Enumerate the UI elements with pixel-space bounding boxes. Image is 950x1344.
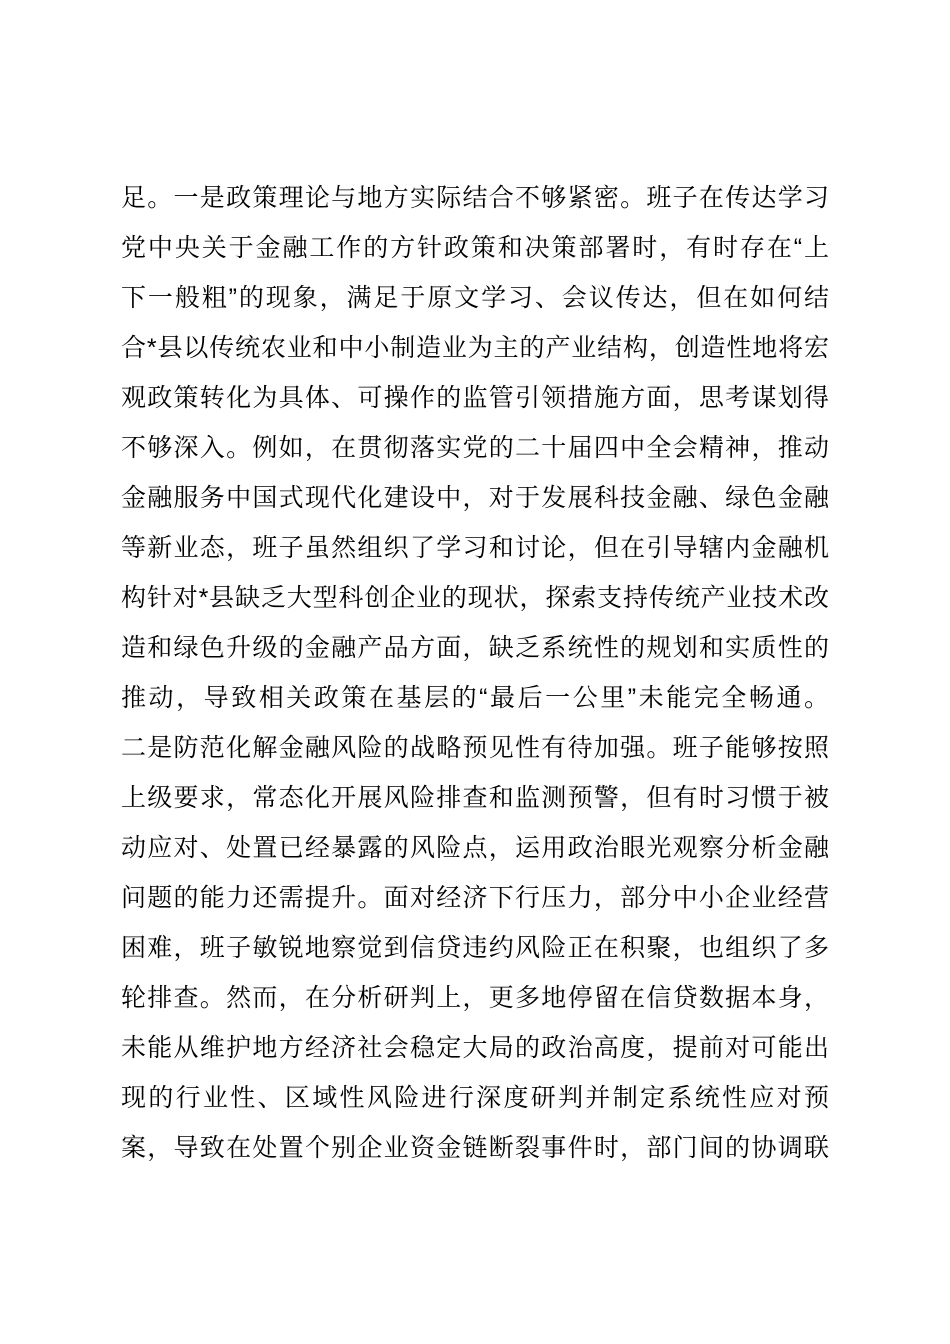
text-line: 推动，导致相关政策在基层的“最后一公里”未能完全畅通。 (121, 673, 829, 723)
text-line: 现的行业性、区域性风险进行深度研判并制定系统性应对预 (121, 1073, 829, 1123)
text-line: 动应对、处置已经暴露的风险点，运用政治眼光观察分析金融 (121, 823, 829, 873)
text-line: 未能从维护地方经济社会稳定大局的政治高度，提前对可能出 (121, 1023, 829, 1073)
text-line: 观政策转化为具体、可操作的监管引领措施方面，思考谋划得 (121, 373, 829, 423)
body-paragraph: 足。一是政策理论与地方实际结合不够紧密。班子在传达学习党中央关于金融工作的方针政… (121, 173, 829, 1173)
text-line: 合*县以传统农业和中小制造业为主的产业结构，创造性地将宏 (121, 323, 829, 373)
text-line: 问题的能力还需提升。面对经济下行压力，部分中小企业经营 (121, 873, 829, 923)
text-line: 足。一是政策理论与地方实际结合不够紧密。班子在传达学习 (121, 173, 829, 223)
text-line: 不够深入。例如，在贯彻落实党的二十届四中全会精神，推动 (121, 423, 829, 473)
text-line: 困难，班子敏锐地察觉到信贷违约风险正在积聚，也组织了多 (121, 923, 829, 973)
text-line: 等新业态，班子虽然组织了学习和讨论，但在引导辖内金融机 (121, 523, 829, 573)
text-line: 二是防范化解金融风险的战略预见性有待加强。班子能够按照 (121, 723, 829, 773)
text-line: 党中央关于金融工作的方针政策和决策部署时，有时存在“上 (121, 223, 829, 273)
text-line: 案，导致在处置个别企业资金链断裂事件时，部门间的协调联 (121, 1123, 829, 1173)
text-line: 金融服务中国式现代化建设中，对于发展科技金融、绿色金融 (121, 473, 829, 523)
text-line: 上级要求，常态化开展风险排查和监测预警，但有时习惯于被 (121, 773, 829, 823)
text-line: 构针对*县缺乏大型科创企业的现状，探索支持传统产业技术改 (121, 573, 829, 623)
text-line: 下一般粗”的现象，满足于原文学习、会议传达，但在如何结 (121, 273, 829, 323)
text-line: 轮排查。然而，在分析研判上，更多地停留在信贷数据本身， (121, 973, 829, 1023)
document-page: 足。一是政策理论与地方实际结合不够紧密。班子在传达学习党中央关于金融工作的方针政… (0, 0, 950, 1344)
text-line: 造和绿色升级的金融产品方面，缺乏系统性的规划和实质性的 (121, 623, 829, 673)
